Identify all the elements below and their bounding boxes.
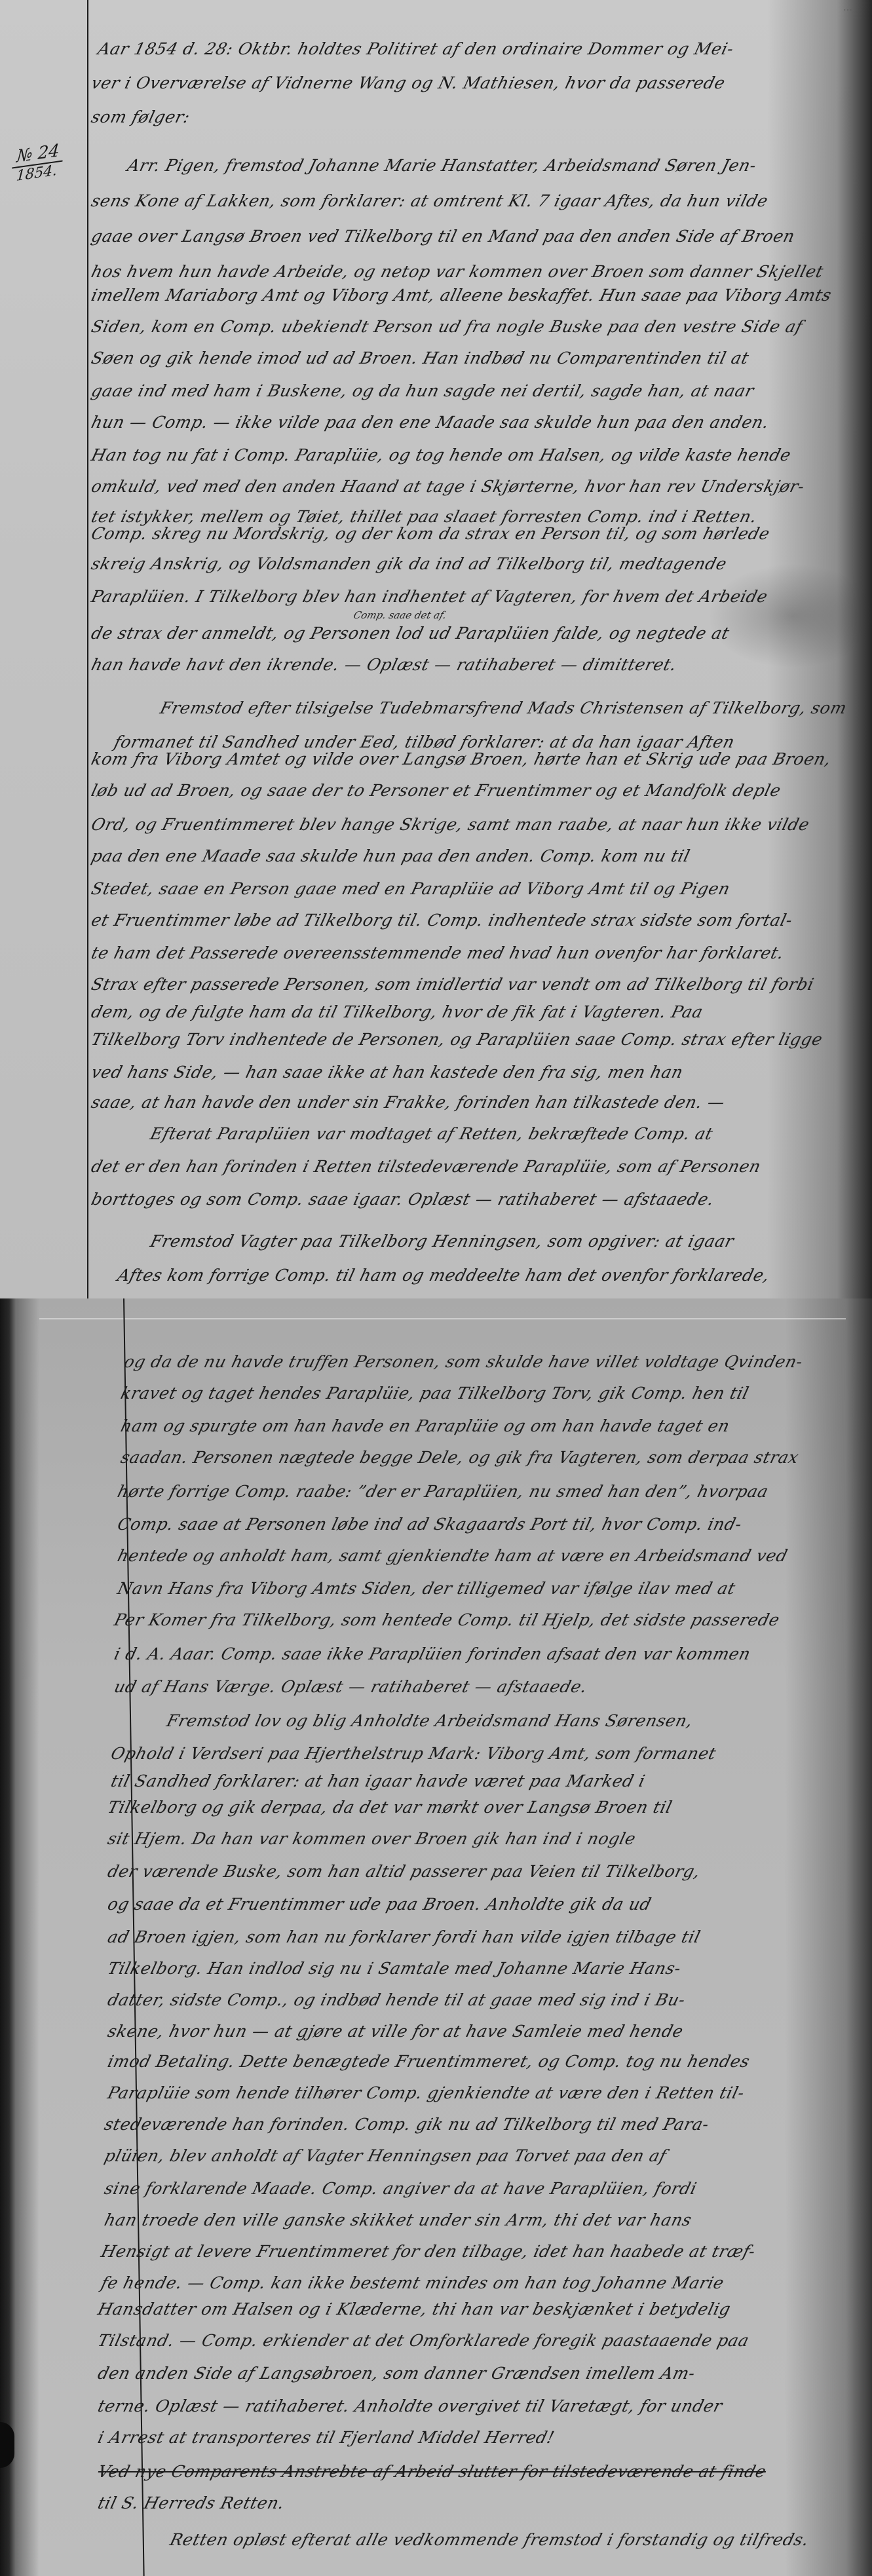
text-line: der værende Buske, som han altid passere… — [105, 1862, 702, 1881]
text-line: dem, og de fulgte ham da til Tilkelborg,… — [89, 1002, 705, 1021]
text-line: og saae da et Fruentimmer ude paa Broen.… — [105, 1895, 653, 1914]
text-line: den anden Side af Langsøbroen, som danne… — [96, 2364, 697, 2383]
text-line: plüien, blev anholdt af Vagter Henningse… — [102, 2146, 668, 2165]
text-line: te ham det Passerede overeensstemmende m… — [89, 943, 786, 962]
page-number: … — [843, 3, 852, 13]
text-line: Retten opløst efterat alle vedkommende f… — [168, 2530, 810, 2549]
text-line: Paraplüien. I Tilkelborg blev han indhen… — [89, 587, 770, 606]
text-line: til S. Herreds Retten. — [96, 2493, 286, 2512]
text-line: gaae over Langsø Broen ved Tilkelborg ti… — [89, 227, 797, 246]
text-line: ud af Hans Værge. Oplæst — ratihaberet —… — [112, 1677, 589, 1696]
scan-page-1: … № 24 1854. Aar 1854 d. 28: Oktbr. hold… — [0, 0, 872, 1298]
text-line: imellem Mariaborg Amt og Viborg Amt, all… — [89, 286, 833, 305]
text-line: Paraplüie som hende tilhører Comp. gjenk… — [105, 2083, 746, 2102]
text-line: paa den ene Maade saa skulde hun paa den… — [89, 846, 692, 865]
text-line: Ophold i Verdseri paa Hjerthelstrup Mark… — [109, 1744, 718, 1763]
text-line: skreig Anskrig, og Voldsmanden gik da in… — [89, 554, 729, 573]
text-line: han havde havt den ikrende. — Oplæst — r… — [89, 655, 679, 674]
text-line: løb ud ad Broen, og saae der to Personer… — [89, 781, 783, 800]
text-line: hos hvem hun havde Arbeide, og netop var… — [89, 262, 825, 281]
text-line: hun — Comp. — ikke vilde paa den ene Maa… — [89, 413, 771, 432]
text-line: Fremstod lov og blig Anholdte Arbeidsman… — [164, 1711, 694, 1730]
text-line: Navn Hans fra Viborg Amts Siden, der til… — [115, 1579, 737, 1598]
scan-page-2: og da de nu havde truffen Personen, som … — [0, 1298, 872, 2576]
text-line: omkuld, ved med den anden Haand at tage … — [89, 477, 806, 496]
text-line: Efterat Paraplüien var modtaget af Rette… — [148, 1124, 715, 1143]
text-line: Fremstod efter tilsigelse Tudebmarsfrend… — [158, 698, 848, 717]
ruled-line — [39, 1318, 846, 1319]
text-line: sine forklarende Maade. Comp. angiver da… — [102, 2179, 698, 2198]
text-line: Hensigt at levere Fruentimmeret for den … — [99, 2242, 757, 2261]
text-line: ad Broen igjen, som han nu forklarer for… — [105, 1927, 702, 1946]
text-line: et Fruentimmer løbe ad Tilkelborg til. C… — [89, 911, 794, 930]
text-line-struck: Ved nye Comparents Anstrebte af Arbeid s… — [96, 2462, 768, 2481]
case-number-margin-note: № 24 1854. — [10, 142, 64, 185]
text-line: i Arrest at transporteres til Fjerland M… — [96, 2428, 556, 2447]
text-line: og da de nu havde truffen Personen, som … — [122, 1352, 805, 1371]
text-line: sens Kone af Lakken, som forklarer: at o… — [89, 191, 770, 210]
text-line: skene, hvor hun — at gjøre at ville for … — [105, 2022, 685, 2041]
text-line: saadan. Personen nægtede begge Dele, og … — [119, 1448, 801, 1467]
text-line: kravet og taget hendes Paraplüie, paa Ti… — [119, 1384, 751, 1403]
text-line: fe hende. — Comp. kan ikke bestemt minde… — [99, 2273, 726, 2292]
text-line: tet istykker, mellem og Tøiet, thillet p… — [89, 507, 759, 526]
text-line: borttoges og som Comp. saae igaar. Oplæs… — [89, 1190, 716, 1209]
text-line: i d. A. Aaar. Comp. saae ikke Paraplüien… — [112, 1644, 752, 1663]
text-line: Arr. Pigen, fremstod Johanne Marie Hanst… — [125, 156, 758, 175]
text-line: ver i Overværelse af Vidnerne Wang og N.… — [89, 73, 727, 92]
text-line: gaae ind med ham i Buskene, og da hun sa… — [89, 381, 756, 400]
text-line: formanet til Sandhed under Eed, tilbød f… — [112, 732, 736, 751]
text-line: Tilstand. — Comp. erkiender at det Omfor… — [96, 2331, 751, 2350]
interlinear-insertion: Comp. saae det af. — [352, 609, 448, 621]
binding-hole — [0, 2422, 14, 2468]
text-line: hentede og anholdt ham, samt gjenkiendte… — [115, 1546, 789, 1565]
text-line: Comp. skreg nu Mordskrig, og der kom da … — [89, 524, 772, 543]
text-line: hørte forrige Comp. raabe: ”der er Parap… — [115, 1482, 770, 1501]
text-line: Ord, og Fruentimmeret blev hange Skrige,… — [89, 815, 811, 834]
text-line: de strax der anmeldt, og Personen lod ud… — [89, 624, 731, 643]
text-line: Han tog nu fat i Comp. Paraplüie, og tog… — [89, 445, 793, 464]
text-line: datter, sidste Comp., og indbød hende ti… — [105, 1990, 687, 2009]
text-line: ham og spurgte om han havde en Paraplüie… — [119, 1416, 732, 1435]
text-line: Strax efter passerede Personen, som imid… — [89, 975, 816, 994]
text-line: sit Hjem. Da han var kommen over Broen g… — [105, 1829, 637, 1848]
paper-stain — [708, 563, 872, 668]
text-line: han troede den ville ganske skikket unde… — [102, 2210, 694, 2229]
text-line: det er den han forinden i Retten tilsted… — [89, 1157, 763, 1176]
text-line: saae, at han havde den under sin Frakke,… — [89, 1093, 727, 1112]
text-line: Comp. saae at Personen løbe ind ad Skaga… — [115, 1515, 744, 1534]
text-line: terne. Oplæst — ratihaberet. Anholdte ov… — [96, 2396, 725, 2415]
text-line: Tilkelborg og gik derpaa, da det var mør… — [105, 1798, 674, 1817]
text-line: ved hans Side, — han saae ikke at han ka… — [89, 1063, 685, 1082]
text-line: stedeværende han forinden. Comp. gik nu … — [102, 2115, 711, 2134]
text-line: Tilkelborg Torv indhentede de Personen, … — [89, 1030, 824, 1049]
margin-rule — [87, 0, 88, 1298]
text-line: Søen og gik hende imod ud ad Broen. Han … — [89, 349, 751, 368]
text-line: til Sandhed forklarer: at han igaar havd… — [109, 1771, 647, 1790]
text-line: Hansdatter om Halsen og i Klæderne, thi … — [96, 2300, 732, 2319]
text-line: som følger: — [89, 107, 192, 126]
text-line: Siden, kom en Comp. ubekiendt Person ud … — [89, 317, 805, 336]
text-line: Per Komer fra Tilkelborg, som hentede Co… — [112, 1610, 782, 1629]
text-line: Aar 1854 d. 28: Oktbr. holdtes Politiret… — [96, 39, 736, 58]
text-line: Tilkelborg. Han indlod sig nu i Samtale … — [105, 1959, 683, 1978]
text-line: imod Betaling. Dette benægtede Fruentimm… — [105, 2052, 751, 2071]
text-line: Stedet, saae en Person gaae med en Parap… — [89, 879, 732, 898]
text-line: Aftes kom forrige Comp. til ham og medde… — [115, 1266, 772, 1285]
text-line: Fremstod Vagter paa Tilkelborg Henningse… — [148, 1232, 736, 1251]
text-line: kom fra Viborg Amtet og vilde over Langs… — [89, 749, 833, 768]
